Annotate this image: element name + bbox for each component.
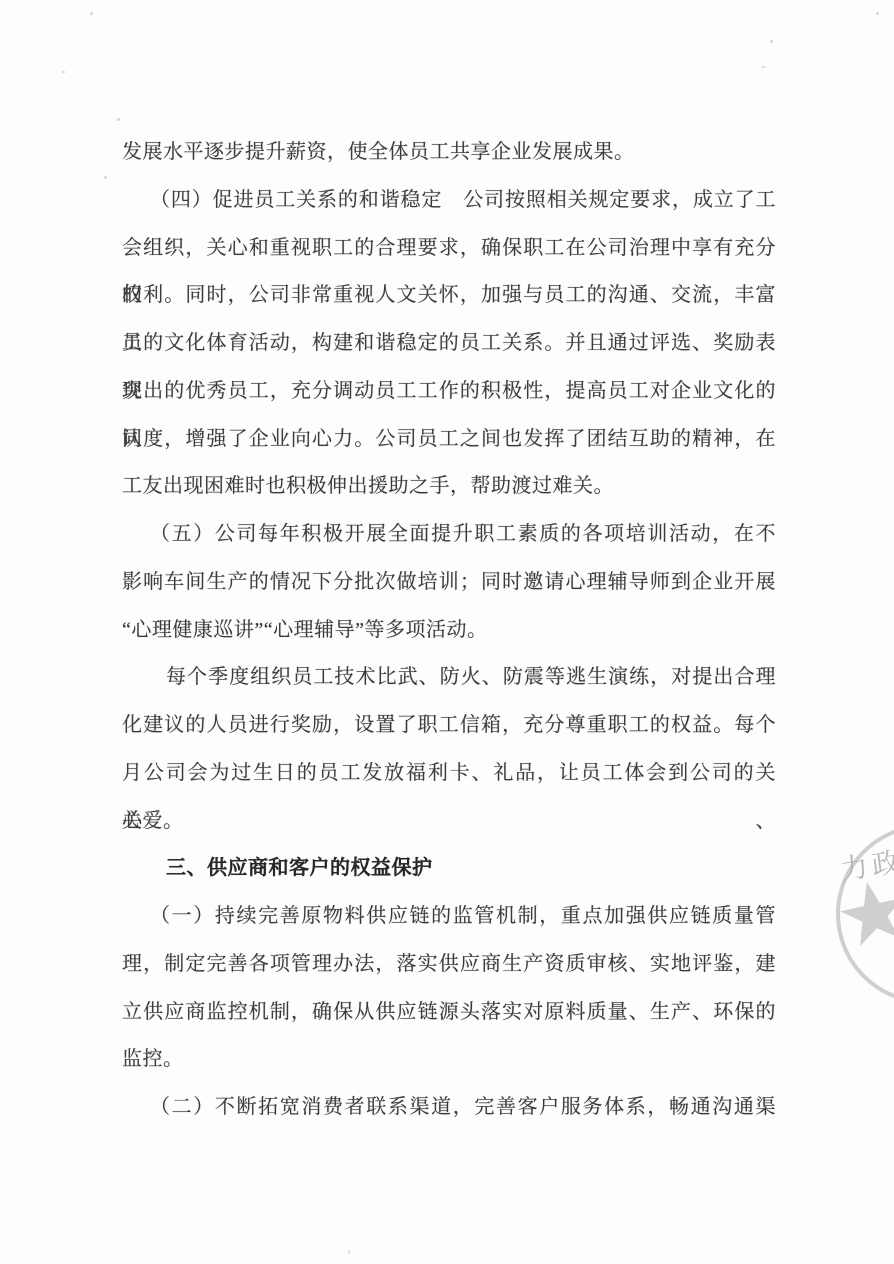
section-heading: 三、供应商和客户的权益保护 — [122, 845, 776, 893]
text-line: 立供应商监控机制，确保从供应链源头落实对原料质量、生产、环保的 — [122, 989, 776, 1037]
seal-text: 力政 — [838, 846, 894, 887]
text-line: 同度，增强了企业向心力。公司员工之间也发挥了团结互助的精神，在 — [122, 416, 776, 464]
text-line: 影响车间生产的情况下分批次做培训；同时邀请心理辅导师到企业开展 — [122, 559, 776, 607]
scan-speck — [770, 40, 773, 43]
scan-speck — [117, 118, 120, 121]
text-line: 工的文化体育活动，构建和谐稳定的员工关系。并且通过评选、奖励表现 — [122, 320, 776, 368]
scan-speck — [62, 71, 65, 73]
scan-speck — [762, 66, 765, 68]
text-line: “心理健康巡讲”“心理辅导”等多项活动。 — [122, 607, 776, 655]
text-line: 化建议的人员进行奖励，设置了职工信箱，充分尊重职工的权益。每个 — [122, 702, 776, 750]
text-line: （一）持续完善原物料供应链的监管机制，重点加强供应链质量管 — [122, 893, 776, 941]
scanned-document-page: 发展水平逐步提升薪资，使全体员工共享企业发展成果。（四）促进员工关系的和谐稳定 … — [0, 0, 894, 1264]
scan-speck — [90, 12, 93, 15]
seal-graphic: 力政 — [822, 818, 894, 1018]
official-seal-stamp: 力政 — [822, 818, 894, 1018]
text-line: 理，制定完善各项管理办法，落实供应商生产资质审核、实地评鉴，建 — [122, 941, 776, 989]
text-line: 发展水平逐步提升薪资，使全体员工共享企业发展成果。 — [122, 129, 776, 177]
text-line: 监控。 — [122, 1036, 776, 1084]
text-line: 突出的优秀员工，充分调动员工工作的积极性，提高员工对企业文化的认 — [122, 368, 776, 416]
scan-speck — [876, 12, 879, 15]
star-icon — [840, 882, 894, 946]
text-line: 权利。同时，公司非常重视人文关怀，加强与员工的沟通、交流，丰富员 — [122, 272, 776, 320]
scan-speck — [348, 1250, 350, 1254]
text-line: 月公司会为过生日的员工发放福利卡、礼品，让员工体会到公司的关心、 — [122, 750, 776, 798]
text-line: （四）促进员工关系的和谐稳定 公司按照相关规定要求，成立了工 — [122, 177, 776, 225]
text-line: （五）公司每年积极开展全面提升职工素质的各项培训活动，在不 — [122, 511, 776, 559]
text-line: （二）不断拓宽消费者联系渠道，完善客户服务体系，畅通沟通渠 — [122, 1084, 776, 1132]
text-line: 工友出现困难时也积极伸出援助之手，帮助渡过难关。 — [122, 463, 776, 511]
text-line: 每个季度组织员工技术比武、防火、防震等逃生演练，对提出合理 — [122, 654, 776, 702]
text-line: 会组织，关心和重视职工的合理要求，确保职工在公司治理中享有充分的 — [122, 225, 776, 273]
document-text-block: 发展水平逐步提升薪资，使全体员工共享企业发展成果。（四）促进员工关系的和谐稳定 … — [122, 129, 776, 1132]
scan-speck — [104, 176, 107, 179]
